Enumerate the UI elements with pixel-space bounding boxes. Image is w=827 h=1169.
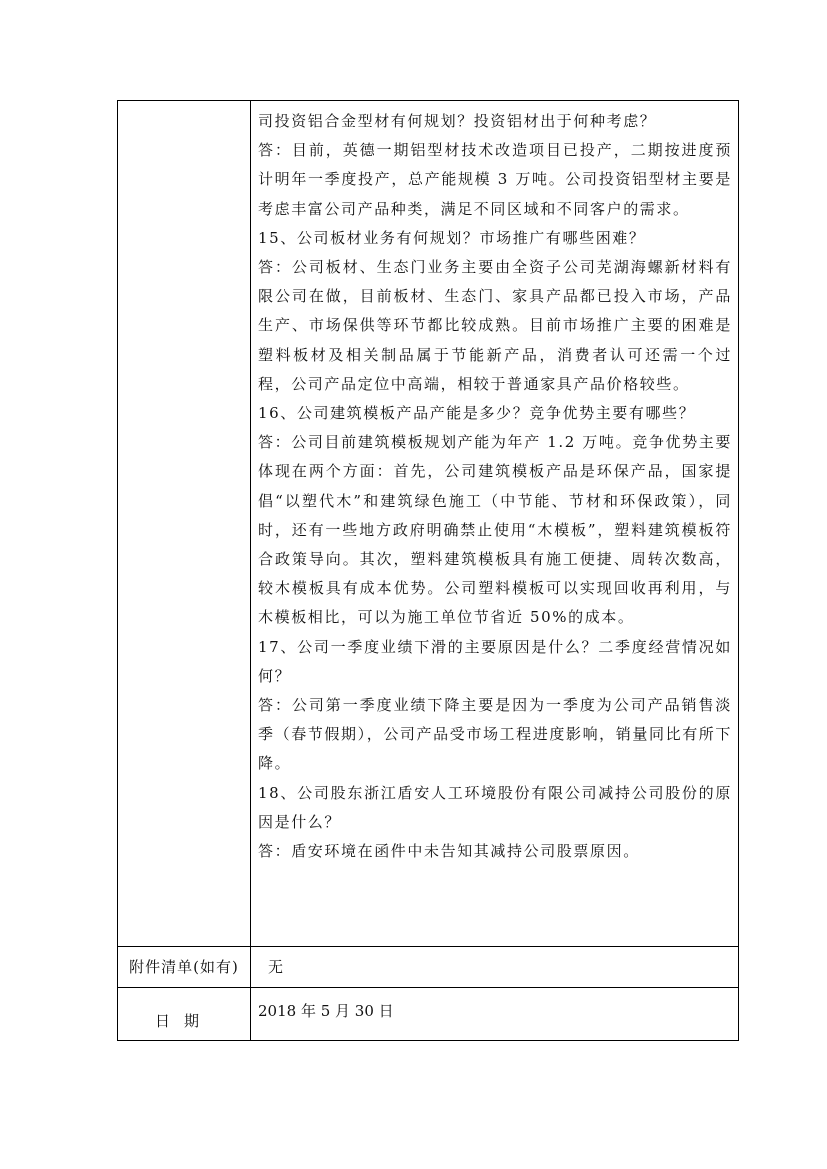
qa-content: 司投资铝合金型材有何规划？投资铝材出于何种考虑？ 答：目前，英德一期铝型材技术改… (251, 101, 738, 868)
attachments-value: 无 (251, 947, 738, 987)
answer-16: 答：公司目前建筑模板规划产能为年产 1.2 万吨。竞争优势主要体现在两个方面：首… (258, 428, 732, 632)
date-row: 日期 2018 年 5 月 30 日 (118, 988, 739, 1041)
answer-15: 答：公司板材、生态门业务主要由全资子公司芜湖海螺新材料有限公司在做，目前板材、生… (258, 253, 732, 399)
date-label: 日期 (118, 988, 250, 1031)
date-label-cell: 日期 (118, 988, 251, 1041)
date-value-cell: 2018 年 5 月 30 日 (251, 988, 739, 1041)
answer-18: 答：盾安环境在函件中未告知其减持公司股票原因。 (258, 837, 732, 866)
question-14-continuation: 司投资铝合金型材有何规划？投资铝材出于何种考虑？ (258, 107, 732, 136)
qa-label-cell (118, 101, 251, 947)
attachments-label-cell: 附件清单(如有) (118, 947, 251, 988)
investor-relations-record-table: 司投资铝合金型材有何规划？投资铝材出于何种考虑？ 答：目前，英德一期铝型材技术改… (117, 100, 739, 1041)
question-18: 18、公司股东浙江盾安人工环境股份有限公司减持公司股份的原因是什么？ (258, 779, 732, 837)
question-15: 15、公司板材业务有何规划？市场推广有哪些困难？ (258, 224, 732, 253)
answer-17: 答：公司第一季度业绩下降主要是因为一季度为公司产品销售淡季（春节假期），公司产品… (258, 691, 732, 779)
date-value: 2018 年 5 月 30 日 (251, 988, 738, 1021)
document-page: 司投资铝合金型材有何规划？投资铝材出于何种考虑？ 答：目前，英德一期铝型材技术改… (0, 0, 827, 1169)
attachments-value-cell: 无 (251, 947, 739, 988)
question-16: 16、公司建筑模板产品产能是多少？竞争优势主要有哪些？ (258, 399, 732, 428)
attachments-label: 附件清单(如有) (118, 947, 250, 987)
qa-content-row: 司投资铝合金型材有何规划？投资铝材出于何种考虑？ 答：目前，英德一期铝型材技术改… (118, 101, 739, 947)
attachments-row: 附件清单(如有) 无 (118, 947, 739, 988)
question-17: 17、公司一季度业绩下滑的主要原因是什么？二季度经营情况如何？ (258, 633, 732, 691)
qa-content-cell: 司投资铝合金型材有何规划？投资铝材出于何种考虑？ 答：目前，英德一期铝型材技术改… (251, 101, 739, 947)
answer-14: 答：目前，英德一期铝型材技术改造项目已投产，二期按进度预计明年一季度投产，总产能… (258, 136, 732, 224)
